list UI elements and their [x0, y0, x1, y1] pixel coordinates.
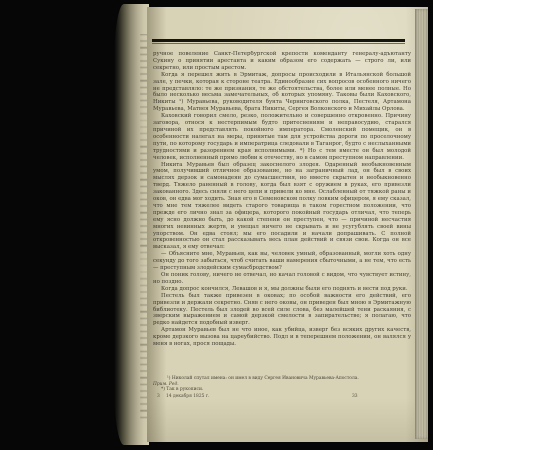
paragraph: Он поник голову, ничего не отвечал, но к…: [153, 272, 411, 286]
paragraph: Пестель был также привезен в оковах; по …: [153, 293, 411, 328]
signature-mark: 3: [157, 394, 160, 399]
paragraph-continuation: ручное повеление Санкт-Петербургской кре…: [153, 51, 411, 72]
paragraph: Артамон Муравьев был не что иное, как уб…: [153, 327, 411, 348]
page-body: ручное повеление Санкт-Петербургской кре…: [153, 51, 411, 375]
book-page: ручное повеление Санкт-Петербургской кре…: [147, 7, 428, 442]
page-number: 33: [352, 394, 358, 399]
running-title: 14 декабря 1825 г.: [166, 394, 210, 399]
fore-edge-pages: [415, 9, 428, 439]
paragraph: Когда я перешел жить в Эрмитаж, допросы …: [153, 72, 411, 113]
header-rule: [152, 39, 405, 42]
paragraph: Когда допрос кончился, Левашов и я, мы д…: [153, 286, 411, 293]
footnote-1-text: ¹) Николай спутал имена: он имел в виду …: [167, 376, 359, 381]
paragraph: Каховский говорил смело, резко, положите…: [153, 113, 411, 161]
footnote-2: *) Так в рукописи.: [153, 387, 411, 393]
paragraph: Никита Муравьев был образец закоснелого …: [153, 162, 411, 252]
left-page-edge: [114, 4, 149, 445]
header-rule-thin: [152, 43, 405, 44]
footnote-1: ¹) Николай спутал имена: он имел в виду …: [153, 376, 411, 387]
footnotes: ¹) Николай спутал имена: он имел в виду …: [153, 376, 411, 393]
page-footer: 3 14 декабря 1825 г. 33: [153, 394, 411, 402]
paragraph-dialogue: — Объясните мне, Муравьев, как вы, челов…: [153, 251, 411, 272]
book-photo: ручное повеление Санкт-Петербургской кре…: [0, 0, 433, 450]
